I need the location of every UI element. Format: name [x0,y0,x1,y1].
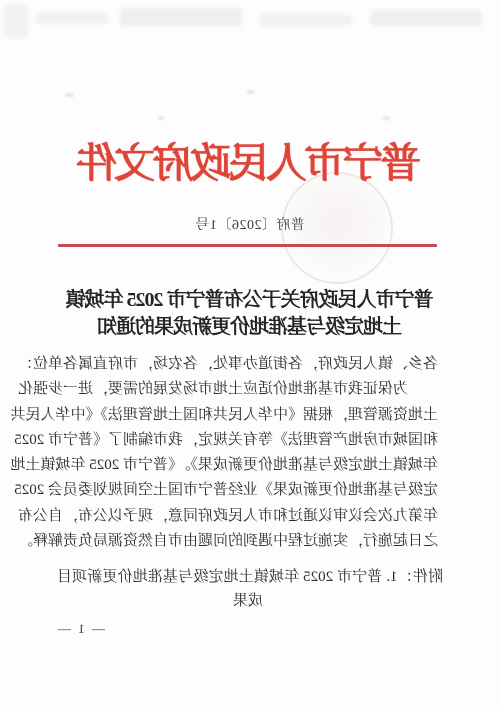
body-line: 之日起施行，实施过程中遇到的问题由市自然资源局负责解释。 [60,529,438,554]
body-line: 为保证我市基准地价适应土地市场发展的需要，进一步强化 [60,377,438,402]
document-body: 各乡、镇人民政府，各街道办事处，各农场，市府直属各单位： 为保证我市基准地价适应… [60,352,438,554]
doc-number: 普府〔2026〕1号 [0,214,500,234]
scan-speck [158,116,164,120]
document-title: 普宁市人民政府关于公布普宁市 2025 年城镇 土地定级与基准地价更新成果的通知 [0,287,500,341]
page-number: — 1 — [56,621,105,637]
scan-artifact [260,14,352,26]
scan-artifact [4,4,28,38]
document-title-line1: 普宁市人民政府关于公布普宁市 2025 年城镇 [0,287,500,314]
body-line: 年第九次会议审议通过和市人民政府同意，现予以公布，自公布 [60,504,438,529]
body-line: 定级与基准地价更新成果》业经普宁市国土空间规划委员会 2025 [60,478,438,503]
letterhead-rule [58,244,437,247]
scan-speck [383,116,390,120]
body-line: 土地资源管理，根据《中华人民共和国土地管理法》《中华人民共 [60,403,438,428]
attachment-note: 附件：1. 普宁市 2025 年城镇土地定级与基准地价更新项目 成果 [57,565,443,613]
scan-artifact [120,8,242,26]
document-title-line2: 土地定级与基准地价更新成果的通知 [0,314,500,341]
letterhead-title: 普宁市人民政府文件 [0,130,500,189]
body-line: 和国城市房地产管理法》等有关规定，我市编制了《普宁市 2025 [60,428,438,453]
body-line: 年城镇土地定级与基准地价更新成果》。《普宁市 2025 年城镇土地 [60,453,438,478]
scan-speck [65,93,74,97]
scan-speck [247,90,254,94]
scan-artifact [370,10,482,26]
attachment-line1: 附件：1. 普宁市 2025 年城镇土地定级与基准地价更新项目 [57,565,443,589]
salutation-line: 各乡、镇人民政府，各街道办事处，各农场，市府直属各单位： [60,352,438,377]
scanned-document-page: 普宁市人民政府文件 普府〔2026〕1号 普宁市人民政府关于公布普宁市 2025… [0,0,500,707]
scan-artifact [36,12,108,24]
attachment-line2: 成果 [57,589,263,613]
